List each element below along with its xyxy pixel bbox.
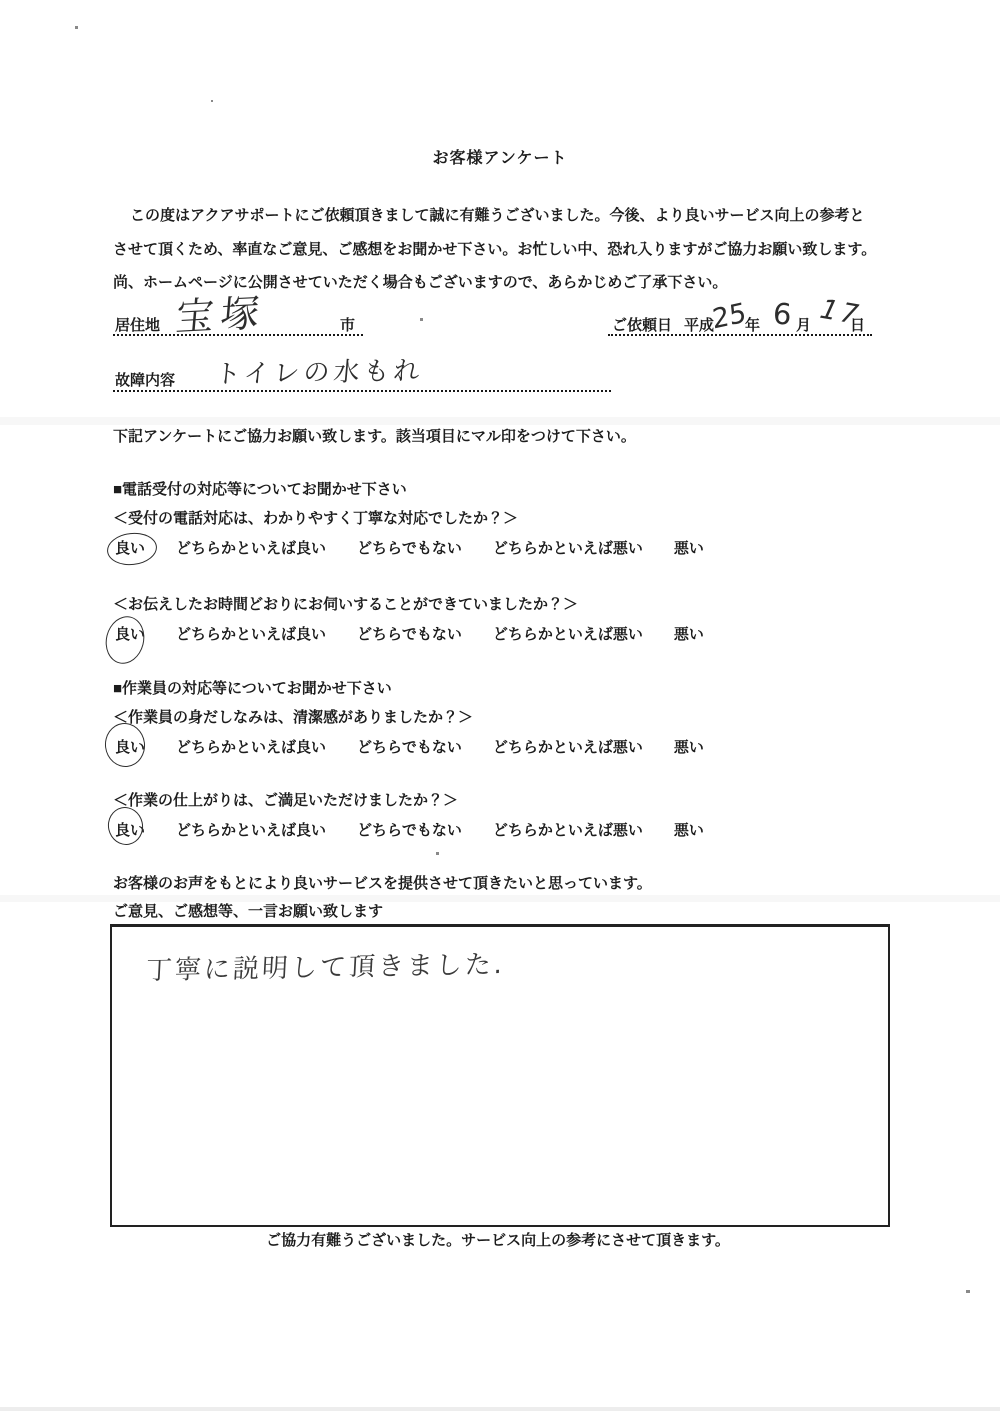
option-rather-bad: どちらかといえば悪い (493, 819, 643, 840)
issue-value-handwritten: トイレの水もれ (213, 350, 425, 391)
residence-city-suffix: 市 (340, 314, 355, 335)
footer-thanks: ご協力有難うございました。サービス向上の参考にさせて頂きます。 (110, 1229, 886, 1250)
section-heading-phone: ■電話受付の対応等についてお聞かせ下さい (113, 478, 407, 499)
question-prompt-4: ＜作業の仕上がりは、ご満足いただけましたか？＞ (113, 789, 458, 810)
option-rather-bad: どちらかといえば悪い (493, 736, 643, 757)
question-prompt-3: ＜作業員の身だしなみは、清潔感がありましたか？＞ (113, 706, 473, 727)
year-unit-label: 年 (745, 314, 760, 335)
option-label: 良い (115, 540, 145, 557)
option-good: 良い (115, 736, 145, 757)
residence-label: 居住地 (115, 314, 160, 335)
comment-handwritten: 丁寧に説明して頂きました. (145, 944, 506, 987)
scan-speck (420, 318, 423, 321)
option-rather-good: どちらかといえば良い (176, 537, 326, 558)
intro-line: させて頂くため、率直なご意見、ご感想をお聞かせ下さい。お忙しい中、恐れ入りますが… (113, 233, 893, 267)
scan-artifact-band (0, 1407, 1000, 1411)
option-good: 良い (115, 623, 145, 644)
page-title: お客様アンケート (0, 145, 1000, 168)
comment-box: 丁寧に説明して頂きました. (110, 924, 890, 1227)
survey-instruction: 下記アンケートにご協力お願い致します。該当項目にマル印をつけて下さい。 (113, 425, 636, 446)
intro-line: この度はアクアサポートにご依頼頂きまして誠に有難うございました。今後、より良いサ… (113, 199, 893, 233)
question-prompt-1: ＜受付の電話対応は、わかりやすく丁寧な対応でしたか？＞ (113, 507, 518, 528)
question-3-options: 良い どちらかといえば良い どちらでもない どちらかといえば悪い 悪い (115, 736, 704, 757)
option-good: 良い (115, 819, 145, 840)
option-label: 良い (115, 822, 145, 839)
option-neutral: どちらでもない (357, 736, 462, 757)
scan-artifact-band (0, 417, 1000, 425)
option-neutral: どちらでもない (357, 623, 462, 644)
residence-value-handwritten: 宝塚 (174, 281, 269, 341)
scan-speck (75, 26, 78, 29)
issue-underline (113, 390, 611, 392)
month-unit-label: 月 (796, 314, 811, 335)
option-good: 良い (115, 537, 145, 558)
request-date-label: ご依頼日 (612, 314, 672, 335)
option-rather-good: どちらかといえば良い (176, 736, 326, 757)
scanned-survey-page: お客様アンケート この度はアクアサポートにご依頼頂きまして誠に有難うございました… (0, 0, 1000, 1415)
option-label: 良い (115, 739, 145, 756)
option-rather-good: どちらかといえば良い (176, 623, 326, 644)
day-unit-label: 日 (850, 314, 865, 335)
question-4-options: 良い どちらかといえば良い どちらでもない どちらかといえば悪い 悪い (115, 819, 704, 840)
option-neutral: どちらでもない (357, 537, 462, 558)
question-1-options: 良い どちらかといえば良い どちらでもない どちらかといえば悪い 悪い (115, 537, 704, 558)
closing-line-2: ご意見、ご感想等、一言お願い致します (113, 900, 383, 921)
month-value-handwritten: 6 (772, 296, 793, 331)
scan-speck (966, 1290, 970, 1293)
option-bad: 悪い (674, 819, 704, 840)
option-rather-good: どちらかといえば良い (176, 819, 326, 840)
option-bad: 悪い (674, 537, 704, 558)
issue-label: 故障内容 (115, 369, 175, 390)
section-heading-worker: ■作業員の対応等についてお聞かせ下さい (113, 677, 392, 698)
option-bad: 悪い (674, 623, 704, 644)
option-rather-bad: どちらかといえば悪い (493, 537, 643, 558)
closing-line-1: お客様のお声をもとにより良いサービスを提供させて頂きたいと思っています。 (113, 872, 652, 893)
scan-speck (436, 852, 439, 855)
era-label: 平成 (684, 314, 714, 335)
option-bad: 悪い (674, 736, 704, 757)
year-value-handwritten: 25 (711, 297, 748, 335)
question-2-options: 良い どちらかといえば良い どちらでもない どちらかといえば悪い 悪い (115, 623, 704, 644)
option-neutral: どちらでもない (357, 819, 462, 840)
option-label: 良い (115, 626, 145, 643)
option-rather-bad: どちらかといえば悪い (493, 623, 643, 644)
question-prompt-2: ＜お伝えしたお時間どおりにお伺いすることができていましたか？＞ (113, 593, 578, 614)
scan-speck (211, 100, 213, 102)
